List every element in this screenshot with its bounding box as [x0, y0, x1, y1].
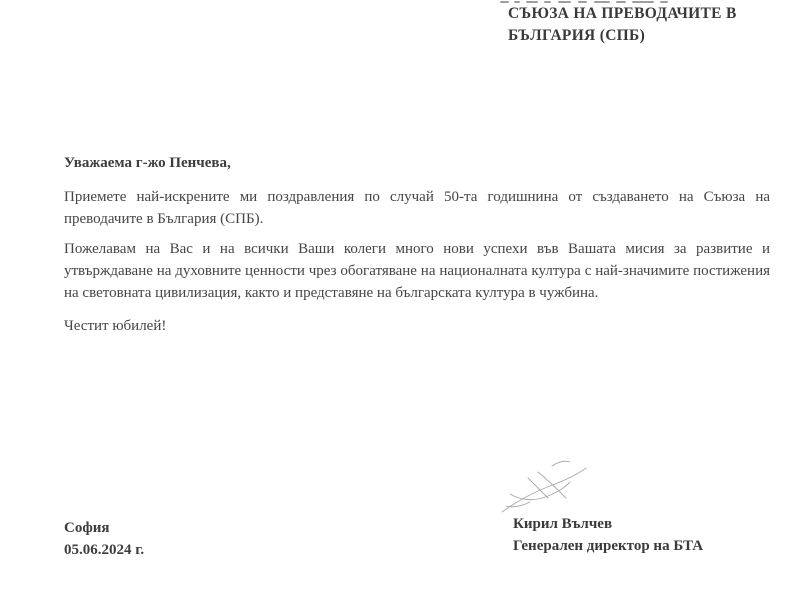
closing-line: Честит юбилей! [64, 315, 770, 337]
signer-block: Кирил Вълчев Генерален директор на БТА [513, 514, 703, 557]
place: София [64, 517, 144, 539]
recipient-line-2: БЪЛГАРИЯ (СПБ) [508, 25, 788, 47]
date: 05.06.2024 г. [64, 539, 144, 561]
paragraph-1: Приемете най-искрените ми поздравления п… [64, 186, 770, 230]
signer-title: Генерален директор на БТА [513, 536, 703, 558]
signer-name: Кирил Вълчев [513, 514, 703, 536]
signature-scribble [494, 448, 606, 520]
recipient-line-1: СЪЮЗА НА ПРЕВОДАЧИТЕ В [508, 3, 788, 25]
salutation: Уважаема г-жо Пенчева, [64, 152, 770, 174]
paragraph-2: Пожелавам на Вас и на всички Ваши колеги… [64, 238, 770, 304]
place-date-block: София 05.06.2024 г. [64, 517, 144, 561]
letter-page: СЪЮЗА НА ПРЕВОДАЧИТЕ В БЪЛГАРИЯ (СПБ) Ув… [0, 0, 800, 600]
recipient-block: СЪЮЗА НА ПРЕВОДАЧИТЕ В БЪЛГАРИЯ (СПБ) [508, 3, 788, 47]
letter-body: Уважаема г-жо Пенчева, Приемете най-искр… [64, 152, 770, 345]
